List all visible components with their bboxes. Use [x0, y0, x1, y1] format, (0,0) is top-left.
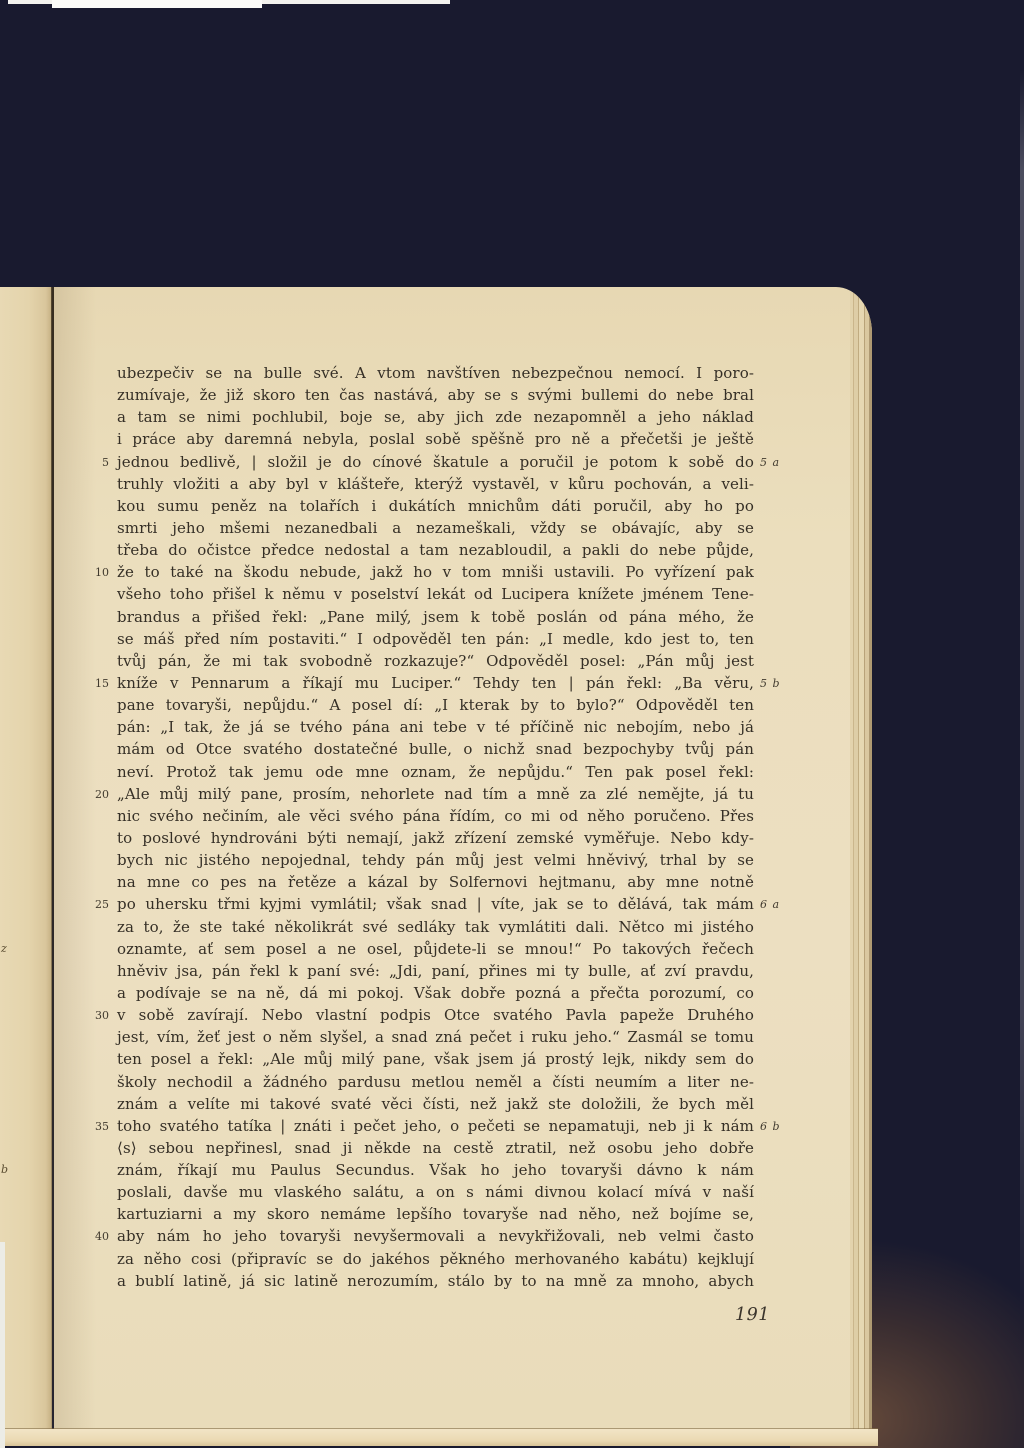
line-text: že to také na škodu nebude, jakž ho v to…: [117, 561, 754, 583]
line-text: znám, říkají mu Paulus Secundus. Však ho…: [117, 1159, 754, 1181]
text-line: tvůj pán, že mi tak svobodně rozkazuje?“…: [117, 650, 754, 672]
line-text: ten posel a řekl: „Ale můj milý pane, vš…: [117, 1048, 754, 1070]
line-number: 30: [85, 1004, 109, 1027]
line-text: hněviv jsa, pán řekl k paní své: „Jdi, p…: [117, 960, 754, 982]
line-text: to poslové hyndrováni býti nemají, jakž …: [117, 827, 754, 849]
line-text: třeba do očistce předce nedostal a tam n…: [117, 539, 754, 561]
line-text: za něho cosi (připravíc se do jakéhos pě…: [117, 1248, 754, 1270]
text-line: kartuziarni a my skoro nemáme lepšího to…: [117, 1203, 754, 1225]
text-line: kou sumu peněz na tolařích i dukátích mn…: [117, 495, 754, 517]
line-text: ubezpečiv se na bulle své. A vtom navští…: [117, 362, 754, 384]
folio-margin-note: 6 b: [760, 1115, 804, 1138]
line-text: a bublí latině, já sic latině nerozumím,…: [117, 1270, 754, 1292]
text-line: ubezpečiv se na bulle své. A vtom navští…: [117, 362, 754, 384]
folio-margin-note: 6 a: [760, 893, 804, 916]
line-text: smrti jeho mšemi nezanedbali a nezameška…: [117, 517, 754, 539]
line-text: brandus a přišed řekl: „Pane milý, jsem …: [117, 606, 754, 628]
line-text: ⟨s⟩ sebou nepřinesl, snad ji někde na ce…: [117, 1137, 754, 1159]
text-line: jest, vím, žeť jest o něm slyšel, a snad…: [117, 1026, 754, 1048]
text-line: pane tovaryši, nepůjdu.“ A posel dí: „I …: [117, 694, 754, 716]
line-text: znám a velíte mi takové svaté věci čísti…: [117, 1093, 754, 1115]
text-line: neví. Protož tak jemu ode mne oznam, že …: [117, 761, 754, 783]
text-line: 30 v sobě zavírají. Nebo vlastní podpis …: [117, 1004, 754, 1026]
text-line: pán: „I tak, že já se tvého pána ani teb…: [117, 716, 754, 738]
line-text: na mne co pes na řetěze a kázal by Solfe…: [117, 871, 754, 893]
text-block: ubezpečiv se na bulle své. A vtom navští…: [117, 362, 754, 1292]
line-text: a podívaje se na ně, dá mi pokoj. Však d…: [117, 982, 754, 1004]
text-line: všeho toho přišel k němu v poselství lek…: [117, 583, 754, 605]
text-line: to poslové hyndrováni býti nemají, jakž …: [117, 827, 754, 849]
photo-edge-artifact: [0, 1242, 5, 1448]
line-text: školy nechodil a žádného pardusu metlou …: [117, 1071, 754, 1093]
line-text: kartuziarni a my skoro nemáme lepšího to…: [117, 1203, 754, 1225]
line-text: nic svého nečiním, ale věci svého pána ř…: [117, 805, 754, 827]
line-text: poslali, davše mu vlaského salátu, a on …: [117, 1181, 754, 1203]
line-text: pán: „I tak, že já se tvého pána ani teb…: [117, 716, 754, 738]
line-text: „Ale můj milý pane, prosím, nehorlete na…: [117, 783, 754, 805]
text-line: 25 po uhersku třmi kyjmi vymlátil; však …: [117, 893, 754, 915]
line-text: v sobě zavírají. Nebo vlastní podpis Otc…: [117, 1004, 754, 1026]
line-number: 10: [85, 561, 109, 584]
line-text: kou sumu peněz na tolařích i dukátích mn…: [117, 495, 754, 517]
book-page: ubezpečiv se na bulle své. A vtom navští…: [54, 287, 872, 1429]
line-text: kníže v Pennarum a říkají mu Luciper.“ T…: [117, 672, 754, 694]
text-line: zumívaje, že již skoro ten čas nastává, …: [117, 384, 754, 406]
line-text: oznamte, ať sem posel a ne osel, půjdete…: [117, 938, 754, 960]
line-number: 25: [85, 893, 109, 916]
photo-edge-artifact: [52, 0, 262, 8]
text-line: i práce aby daremná nebyla, poslal sobě …: [117, 428, 754, 450]
scanned-book-photo: z b ubezpečiv se na bulle své. A vtom na…: [0, 0, 1024, 1448]
line-text: zumívaje, že již skoro ten čas nastává, …: [117, 384, 754, 406]
line-text: se máš před ním postaviti.“ I odpověděl …: [117, 628, 754, 650]
text-line: poslali, davše mu vlaského salátu, a on …: [117, 1181, 754, 1203]
text-line: a bublí latině, já sic latině nerozumím,…: [117, 1270, 754, 1292]
text-line: za to, že ste také několikrát své sedlák…: [117, 916, 754, 938]
line-text: tvůj pán, že mi tak svobodně rozkazuje?“…: [117, 650, 754, 672]
line-number: 40: [85, 1225, 109, 1248]
line-text: bych nic jistého nepojednal, tehdy pán m…: [117, 849, 754, 871]
line-number: 5: [85, 451, 109, 474]
line-text: i práce aby daremná nebyla, poslal sobě …: [117, 428, 754, 450]
photo-edge-artifact: [1020, 70, 1024, 1330]
page-bottom-edge: [0, 1429, 878, 1446]
text-line: a tam se nimi pochlubil, boje se, aby ji…: [117, 406, 754, 428]
line-text: za to, že ste také několikrát své sedlák…: [117, 916, 754, 938]
text-line: znám a velíte mi takové svaté věci čísti…: [117, 1093, 754, 1115]
line-text: jednou bedlivě, | složil je do cínové šk…: [117, 451, 754, 473]
line-text: pane tovaryši, nepůjdu.“ A posel dí: „I …: [117, 694, 754, 716]
text-line: bych nic jistého nepojednal, tehdy pán m…: [117, 849, 754, 871]
text-line: 40 aby nám ho jeho tovaryši nevyšermoval…: [117, 1225, 754, 1247]
line-text: toho svatého tatíka | znáti i pečet jeho…: [117, 1115, 754, 1137]
line-number: 20: [85, 783, 109, 806]
text-line: znám, říkají mu Paulus Secundus. Však ho…: [117, 1159, 754, 1181]
line-text: mám od Otce svatého dostatečné bulle, o …: [117, 738, 754, 760]
text-line: mám od Otce svatého dostatečné bulle, o …: [117, 738, 754, 760]
line-text: všeho toho přišel k němu v poselství lek…: [117, 583, 754, 605]
text-line: truhly vložiti a aby byl v klášteře, kte…: [117, 473, 754, 495]
text-line: se máš před ním postaviti.“ I odpověděl …: [117, 628, 754, 650]
line-text: a tam se nimi pochlubil, boje se, aby ji…: [117, 406, 754, 428]
line-number: 35: [85, 1115, 109, 1138]
edge-mark: z: [1, 942, 7, 955]
text-line: nic svého nečiním, ale věci svého pána ř…: [117, 805, 754, 827]
text-line: oznamte, ať sem posel a ne osel, půjdete…: [117, 938, 754, 960]
line-text: neví. Protož tak jemu ode mne oznam, že …: [117, 761, 754, 783]
text-line: a podívaje se na ně, dá mi pokoj. Však d…: [117, 982, 754, 1004]
text-line: smrti jeho mšemi nezanedbali a nezameška…: [117, 517, 754, 539]
text-line: školy nechodil a žádného pardusu metlou …: [117, 1071, 754, 1093]
text-line: třeba do očistce předce nedostal a tam n…: [117, 539, 754, 561]
text-line: 10 že to také na škodu nebude, jakž ho v…: [117, 561, 754, 583]
line-number: 15: [85, 672, 109, 695]
folio-margin-note: 5 a: [760, 451, 804, 474]
folio-margin-note: 5 b: [760, 672, 804, 695]
line-text: jest, vím, žeť jest o něm slyšel, a snad…: [117, 1026, 754, 1048]
edge-mark: b: [1, 1163, 8, 1176]
text-line: ten posel a řekl: „Ale můj milý pane, vš…: [117, 1048, 754, 1070]
facing-page-edge: z b: [0, 287, 52, 1429]
line-text: aby nám ho jeho tovaryši nevyšermovali a…: [117, 1225, 754, 1247]
text-line: 15 kníže v Pennarum a říkají mu Luciper.…: [117, 672, 754, 694]
page-edge-stack: [850, 287, 872, 1429]
text-line: 5 jednou bedlivě, | složil je do cínové …: [117, 451, 754, 473]
text-line: brandus a přišed řekl: „Pane milý, jsem …: [117, 606, 754, 628]
line-text: truhly vložiti a aby byl v klášteře, kte…: [117, 473, 754, 495]
text-line: za něho cosi (připravíc se do jakéhos pě…: [117, 1248, 754, 1270]
line-text: po uhersku třmi kyjmi vymlátil; však sna…: [117, 893, 754, 915]
text-line: 35 toho svatého tatíka | znáti i pečet j…: [117, 1115, 754, 1137]
text-line: hněviv jsa, pán řekl k paní své: „Jdi, p…: [117, 960, 754, 982]
page-number: 191: [735, 1305, 770, 1325]
text-line: ⟨s⟩ sebou nepřinesl, snad ji někde na ce…: [117, 1137, 754, 1159]
text-line: 20 „Ale můj milý pane, prosím, nehorlete…: [117, 783, 754, 805]
text-line: na mne co pes na řetěze a kázal by Solfe…: [117, 871, 754, 893]
